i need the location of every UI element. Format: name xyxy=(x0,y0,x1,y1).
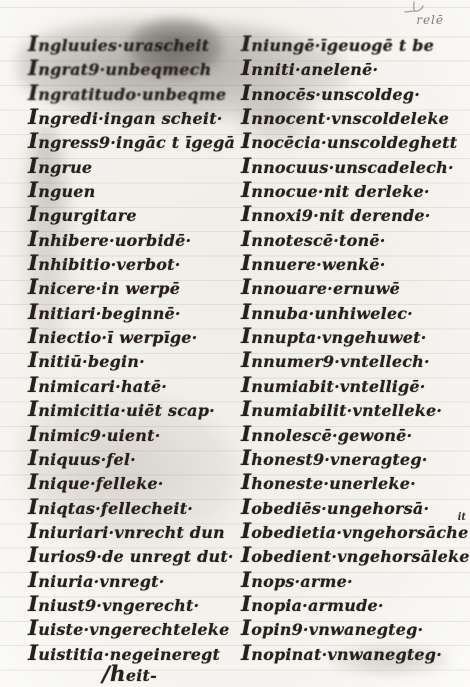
glossary-entry: Ihonest9·vneragteg· xyxy=(241,447,468,471)
glossary-entry: Ingluuies·urascheit xyxy=(28,33,240,57)
glossary-entry: Innolescē·gewonē· xyxy=(241,423,468,447)
glossary-entry: Ingrue xyxy=(28,155,240,179)
glossary-column-left: Ingluuies·urascheitIngrat9·unbeqmechIngr… xyxy=(28,33,240,686)
glossary-entry: Inicere·in werpē xyxy=(28,276,240,300)
glossary-entry: Ingratitudo·unbeqme xyxy=(28,82,240,106)
glossary-entry: Ingurgitare xyxy=(28,203,240,227)
glossary-column-right: Iniungē·īgeuogē t beInniti·anelenē·Innoc… xyxy=(241,33,468,666)
glossary-entry: Iniquus·fel· xyxy=(28,447,240,471)
manuscript-page: relē Ingluuies·urascheitIngrat9·unbeqmec… xyxy=(0,0,470,687)
glossary-entry: Iobedient·vngehorsāleke xyxy=(241,544,468,568)
glossary-entry: Inops·arme· xyxy=(241,569,468,593)
glossary-entry: Iobediēs·ungehorsā· xyxy=(241,496,468,520)
glossary-entry: Iopin9·vnwanegteg· xyxy=(241,617,468,641)
glossary-entry: Innumer9·vntellech· xyxy=(241,349,468,373)
glossary-entry: Iuiste·vngerechteleke xyxy=(28,617,240,641)
glossary-entry: /heit- xyxy=(28,666,240,686)
glossary-entry: Iobedietia·vngehorsāche xyxy=(241,520,468,544)
glossary-entry: Innuere·wenkē· xyxy=(241,252,468,276)
glossary-entry: Inimicari·hatē· xyxy=(28,374,240,398)
glossary-entry: Iuistitia·negeineregt xyxy=(28,642,240,666)
glossary-entry: Inopia·armude· xyxy=(241,593,468,617)
glossary-entry: Innotescē·tonē· xyxy=(241,228,468,252)
glossary-entry: Innuba·unhiwelec· xyxy=(241,301,468,325)
glossary-entry: Ingrat9·unbeqmech xyxy=(28,57,240,81)
glossary-entry: Inguen xyxy=(28,179,240,203)
superscript-correction: it xyxy=(458,512,466,523)
corner-annotation: relē xyxy=(416,13,444,27)
glossary-entry: Iniungē·īgeuogē t be xyxy=(241,33,468,57)
glossary-entry: Innocuus·unscadelech· xyxy=(241,155,468,179)
glossary-entry: Innocue·nit derleke· xyxy=(241,179,468,203)
glossary-entry: Iniectio·ī werpīge· xyxy=(28,325,240,349)
glossary-entry: Iniqtas·fellecheit· xyxy=(28,496,240,520)
glossary-entry: Inhibitio·verbot· xyxy=(28,252,240,276)
glossary-entry: Inopinat·vnwanegteg· xyxy=(241,642,468,666)
glossary-entry: Iurios9·de unregt dut· xyxy=(28,544,240,568)
glossary-entry: Ihoneste·unerleke· xyxy=(241,471,468,495)
glossary-entry: Innouare·ernuwē xyxy=(241,276,468,300)
glossary-entry: Iniuria·vnregt· xyxy=(28,569,240,593)
glossary-entry: Inniti·anelenē· xyxy=(241,57,468,81)
glossary-entry: Initiū·begin· xyxy=(28,349,240,373)
glossary-entry: Iniust9·vngerecht· xyxy=(28,593,240,617)
glossary-entry: Innocēs·unscoldeg· xyxy=(241,82,468,106)
glossary-entry: Initiari·beginnē· xyxy=(28,301,240,325)
glossary-entry: Inhibere·uorbidē· xyxy=(28,228,240,252)
glossary-entry: Inocēcia·unscoldeghett xyxy=(241,130,468,154)
glossary-entry: Ingress9·ingāc t īgegā xyxy=(28,130,240,154)
glossary-entry: Iniuriari·vnrecht dun xyxy=(28,520,240,544)
glossary-entry: Inumiabilit·vntelleke· xyxy=(241,398,468,422)
glossary-entry: Inumiabit·vntelligē· xyxy=(241,374,468,398)
glossary-entry: Innoxi9·nit derende· xyxy=(241,203,468,227)
glossary-entry: Innupta·vngehuwet· xyxy=(241,325,468,349)
glossary-entry: Inimic9·uient· xyxy=(28,423,240,447)
glossary-entry: Innocent·vnscoldeleke xyxy=(241,106,468,130)
glossary-entry: Inique·felleke· xyxy=(28,471,240,495)
glossary-entry: Inimicitia·uiēt scap· xyxy=(28,398,240,422)
glossary-entry: Ingredi·ingan scheit· xyxy=(28,106,240,130)
